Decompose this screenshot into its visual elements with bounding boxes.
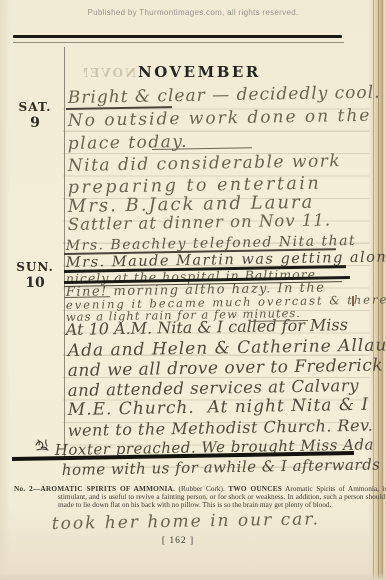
weekday-label: SUN. — [12, 260, 58, 274]
closing-line: took her home in our car. — [52, 509, 320, 534]
date-label-sun-10: SUN. 10 — [12, 260, 58, 291]
margin-scribble-mark — [34, 436, 52, 454]
diary-line: At 10 A.M. Nita & I called for Miss — [66, 315, 348, 339]
diary-line: No outside work done on the — [68, 106, 372, 131]
publisher-credit: Published by Thurmontimages.com, all rig… — [0, 8, 386, 17]
top-rule-thin — [13, 42, 344, 43]
diary-line: place today. — [68, 132, 189, 154]
diary-line: Nita did considerable work — [68, 151, 342, 176]
page-bottom-shadow — [0, 573, 386, 580]
diary-line: Bright & clear — decidedly cool. — [68, 83, 381, 108]
day-number: 9 — [12, 115, 58, 131]
page-left-edge — [0, 0, 10, 580]
top-rule-thick — [13, 35, 342, 38]
page-number: [ 162 ] — [0, 536, 356, 546]
scanned-diary-page: Published by Thurmontimages.com, all rig… — [0, 0, 386, 580]
printed-footnote: No. 2—AROMATIC SPIRITS OF AMMONIA. (Rubb… — [14, 485, 386, 508]
day-number: 10 — [12, 275, 58, 291]
weekday-label: SAT. — [12, 100, 58, 114]
diary-line: Sattler at dinner on Nov 11. — [68, 210, 332, 234]
diary-line: home with us for awhile & I afterwards — [62, 455, 381, 479]
date-label-sat-9: SAT. 9 — [12, 100, 58, 131]
bleedthrough-text: NOVEMBER — [84, 66, 136, 80]
month-header: NOVEMBER — [138, 63, 261, 81]
margin-tick-mark — [352, 296, 354, 306]
